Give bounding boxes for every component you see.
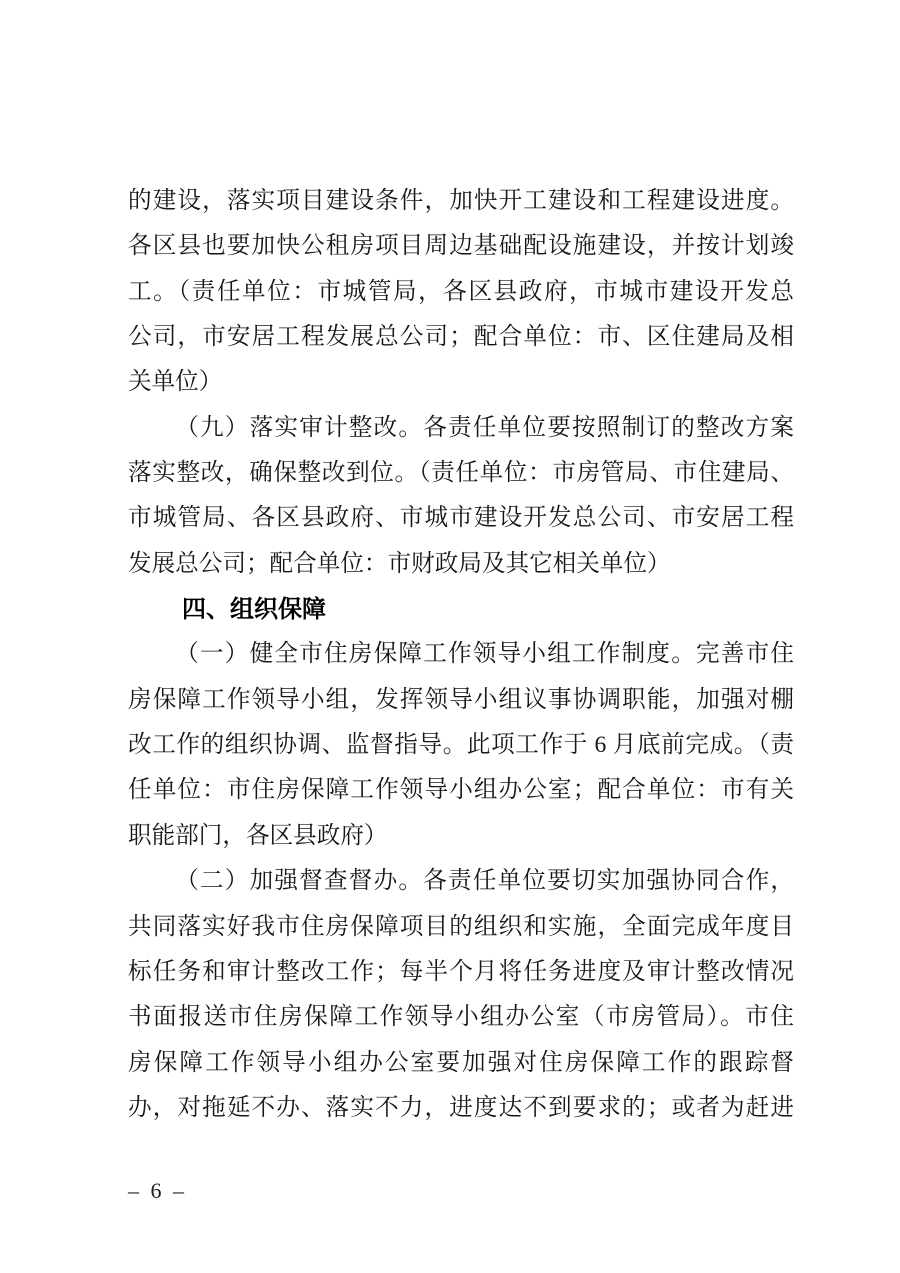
text-line: 共同落实好我市住房保障项目的组织和实施，全面完成年度目 xyxy=(128,905,794,950)
text-line: 任单位：市住房保障工作领导小组办公室；配合单位：市有关 xyxy=(128,768,794,813)
text-line: 落实整改，确保整改到位。（责任单位：市房管局、市住建局、 xyxy=(128,451,794,496)
page-footer: – 6 – xyxy=(128,1176,187,1206)
text-line: 关单位） xyxy=(128,360,794,405)
section-heading: 四、组织保障 xyxy=(128,587,794,632)
text-line: 改工作的组织协调、监督指导。此项工作于 6 月底前完成。（责 xyxy=(128,723,794,768)
document-body: 的建设，落实项目建设条件，加快开工建设和工程建设进度。 各区县也要加快公租房项目… xyxy=(128,179,794,1131)
text-line: 工。（责任单位：市城管局，各区县政府，市城市建设开发总 xyxy=(128,270,794,315)
text-line: （二）加强督查督办。各责任单位要切实加强协同合作， xyxy=(128,859,794,904)
text-line: （九）落实审计整改。各责任单位要按照制订的整改方案 xyxy=(128,406,794,451)
text-line: 发展总公司；配合单位：市财政局及其它相关单位） xyxy=(128,542,794,587)
text-line: 公司，市安居工程发展总公司；配合单位：市、区住建局及相 xyxy=(128,315,794,360)
text-line: （一）健全市住房保障工作领导小组工作制度。完善市住 xyxy=(128,632,794,677)
text-line: 各区县也要加快公租房项目周边基础配设施建设，并按计划竣 xyxy=(128,224,794,269)
text-line: 标任务和审计整改工作；每半个月将任务进度及审计整改情况 xyxy=(128,950,794,995)
text-line: 市城管局、各区县政府、市城市建设开发总公司、市安居工程 xyxy=(128,496,794,541)
document-page: 的建设，落实项目建设条件，加快开工建设和工程建设进度。 各区县也要加快公租房项目… xyxy=(0,0,900,1273)
text-line: 职能部门，各区县政府） xyxy=(128,814,794,859)
text-line: 房保障工作领导小组，发挥领导小组议事协调职能，加强对棚 xyxy=(128,678,794,723)
text-line: 办，对拖延不办、落实不力，进度达不到要求的；或者为赶进 xyxy=(128,1086,794,1131)
page-number: – 6 – xyxy=(128,1178,187,1203)
text-line: 书面报送市住房保障工作领导小组办公室（市房管局）。市住 xyxy=(128,995,794,1040)
text-line: 房保障工作领导小组办公室要加强对住房保障工作的跟踪督 xyxy=(128,1041,794,1086)
text-line: 的建设，落实项目建设条件，加快开工建设和工程建设进度。 xyxy=(128,179,794,224)
